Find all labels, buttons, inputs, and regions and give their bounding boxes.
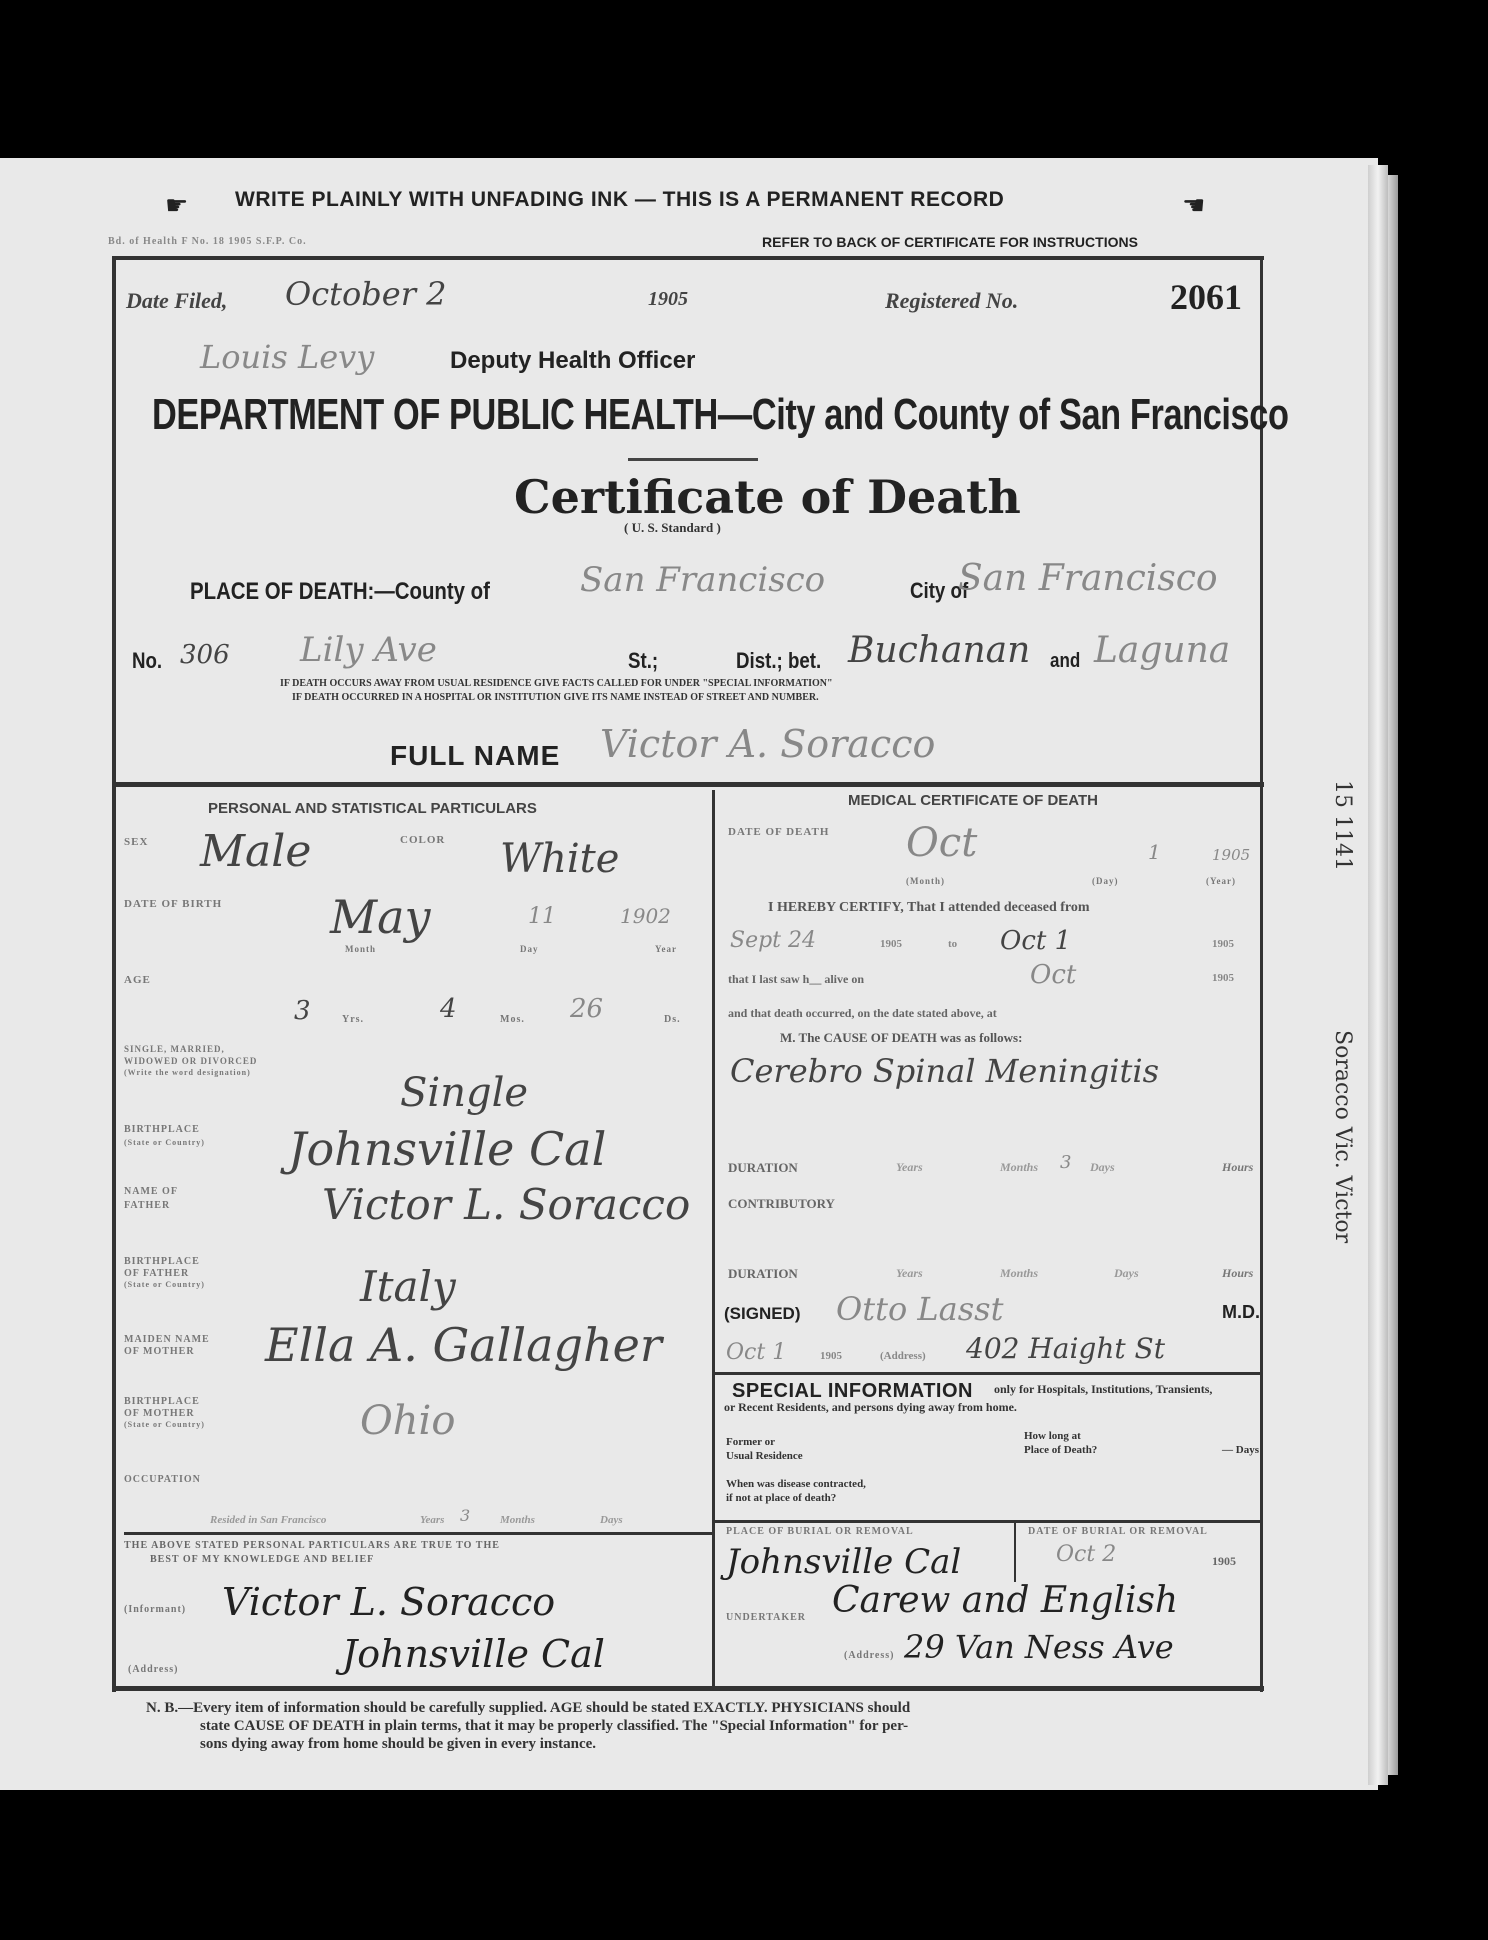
burial-place: Johnsville Cal bbox=[726, 1542, 961, 1582]
physician-signature: Otto Lasst bbox=[836, 1290, 1003, 1328]
dob-month: May bbox=[330, 890, 431, 944]
duration-2-label: DURATION bbox=[728, 1266, 798, 1282]
undertaker-address-label: (Address) bbox=[844, 1650, 894, 1661]
residence-label-2: Usual Residence bbox=[726, 1450, 803, 1462]
mother-value: Ella A. Gallagher bbox=[265, 1318, 662, 1372]
marital-label-2: WIDOWED OR DIVORCED bbox=[124, 1056, 257, 1066]
mother-bp-label-3: (State or Country) bbox=[124, 1420, 205, 1429]
marital-value: Single bbox=[400, 1070, 528, 1116]
department-title: DEPARTMENT OF PUBLIC HEALTH—City and Cou… bbox=[152, 390, 1289, 440]
mother-bp-label-1: BIRTHPLACE bbox=[124, 1396, 200, 1407]
dob-year: 1902 bbox=[620, 904, 671, 928]
how-long-days-label: — Days bbox=[1222, 1444, 1259, 1456]
burial-column-divider bbox=[1014, 1522, 1016, 1582]
special-heading-note: only for Hospitals, Institutions, Transi… bbox=[994, 1382, 1212, 1397]
undertaker-address: 29 Van Ness Ave bbox=[904, 1628, 1174, 1666]
dob-day-label: Day bbox=[520, 944, 539, 954]
duration-2-years-label: Years bbox=[896, 1266, 923, 1281]
contracted-label-1: When was disease contracted, bbox=[726, 1478, 866, 1490]
duration-hours-label: Hours bbox=[1222, 1160, 1253, 1175]
age-label: AGE bbox=[124, 974, 151, 986]
signed-year: 1905 bbox=[820, 1350, 842, 1362]
occurred-text: and that death occurred, on the date sta… bbox=[728, 1006, 997, 1021]
how-long-label-1: How long at bbox=[1024, 1430, 1081, 1442]
title-divider bbox=[628, 458, 758, 461]
margin-number: 15 1141 bbox=[1330, 780, 1355, 871]
contracted-label-2: if not at place of death? bbox=[726, 1492, 836, 1504]
form-left-rule bbox=[112, 256, 116, 1692]
sex-value: Male bbox=[200, 826, 311, 877]
street-value: Lily Ave bbox=[300, 630, 437, 670]
age-years-label: Yrs. bbox=[342, 1014, 364, 1025]
officer-title: Deputy Health Officer bbox=[450, 347, 695, 375]
color-value: White bbox=[500, 836, 619, 882]
standard-subtitle: ( U. S. Standard ) bbox=[624, 520, 721, 536]
between-street-1: Buchanan bbox=[848, 630, 1030, 671]
informant-address-value: Johnsville Cal bbox=[342, 1632, 605, 1676]
printer-line: Bd. of Health F No. 18 1905 S.F.P. Co. bbox=[108, 236, 307, 247]
city-value: San Francisco bbox=[958, 558, 1218, 599]
md-label: M.D. bbox=[1222, 1302, 1260, 1323]
form-bottom-rule bbox=[112, 1686, 1264, 1691]
last-saw-label: that I last saw h__ alive on bbox=[728, 972, 864, 987]
resided-years: 3 bbox=[460, 1506, 470, 1525]
duration-2-hours-label: Hours bbox=[1222, 1266, 1253, 1281]
informant-label: (Informant) bbox=[124, 1604, 186, 1615]
duration-days-label: Days bbox=[1090, 1160, 1115, 1175]
street-number-value: 306 bbox=[180, 640, 230, 670]
form-right-rule bbox=[1260, 256, 1263, 1692]
attended-to-label: to bbox=[948, 938, 957, 950]
certify-text: I HEREBY CERTIFY, That I attended deceas… bbox=[768, 900, 1090, 916]
how-long-label-2: Place of Death? bbox=[1024, 1444, 1097, 1456]
duration-2-days-label: Days bbox=[1114, 1266, 1139, 1281]
dod-day-label: (Day) bbox=[1092, 876, 1119, 886]
registered-label: Registered No. bbox=[885, 288, 1018, 314]
date-filed-label: Date Filed, bbox=[126, 288, 227, 314]
contributory-label: CONTRIBUTORY bbox=[728, 1196, 835, 1212]
dob-year-label: Year bbox=[655, 944, 677, 954]
duration-label: DURATION bbox=[728, 1160, 798, 1176]
attended-to-year: 1905 bbox=[1212, 938, 1234, 950]
officer-signature: Louis Levy bbox=[200, 338, 374, 376]
physician-address: 402 Haight St bbox=[966, 1332, 1165, 1365]
dob-day: 11 bbox=[528, 904, 556, 929]
instructions-note: REFER TO BACK OF CERTIFICATE FOR INSTRUC… bbox=[762, 234, 1138, 250]
margin-name: Soracco Vic. Victor bbox=[1330, 1030, 1355, 1243]
special-heading-note-2: or Recent Residents, and persons dying a… bbox=[724, 1400, 1017, 1415]
section-divider bbox=[112, 782, 1264, 787]
dod-month-label: (Month) bbox=[906, 876, 945, 886]
district-label: Dist.; bet. bbox=[736, 648, 821, 674]
age-days-label: Ds. bbox=[664, 1014, 681, 1025]
special-divider bbox=[714, 1372, 1262, 1375]
residence-note-2: IF DEATH OCCURRED IN A HOSPITAL OR INSTI… bbox=[292, 692, 819, 703]
certificate-title: Certificate of Death bbox=[514, 470, 1021, 524]
burial-divider bbox=[714, 1520, 1262, 1523]
banner-text: WRITE PLAINLY WITH UNFADING INK — THIS I… bbox=[235, 188, 1004, 212]
attest-line-1: THE ABOVE STATED PERSONAL PARTICULARS AR… bbox=[124, 1540, 500, 1551]
birthplace-value: Johnsville Cal bbox=[288, 1122, 606, 1176]
registered-number: 2061 bbox=[1170, 276, 1242, 318]
birthplace-label-2: (State or Country) bbox=[124, 1138, 205, 1147]
full-name-value: Victor A. Soracco bbox=[600, 722, 935, 766]
dod-day: 1 bbox=[1148, 840, 1161, 864]
resided-label: Resided in San Francisco bbox=[210, 1514, 326, 1526]
last-saw-value: Oct bbox=[1030, 960, 1076, 990]
dod-month: Oct bbox=[906, 820, 977, 866]
residence-note-1: IF DEATH OCCURS AWAY FROM USUAL RESIDENC… bbox=[280, 678, 833, 689]
signed-label: (SIGNED) bbox=[724, 1304, 801, 1324]
burial-date-label: DATE OF BURIAL OR REMOVAL bbox=[1028, 1526, 1208, 1537]
attended-to: Oct 1 bbox=[1000, 926, 1071, 956]
duration-years-label: Years bbox=[896, 1160, 923, 1175]
cause-label: M. The CAUSE OF DEATH was as follows: bbox=[780, 1030, 1022, 1046]
age-days: 26 bbox=[570, 994, 603, 1024]
informant-value: Victor L. Soracco bbox=[222, 1580, 555, 1624]
color-label: COLOR bbox=[400, 834, 445, 846]
physician-address-label: (Address) bbox=[880, 1350, 926, 1362]
sex-label: SEX bbox=[124, 836, 148, 848]
attest-line-2: BEST OF MY KNOWLEDGE AND BELIEF bbox=[150, 1554, 374, 1565]
age-years: 3 bbox=[294, 996, 311, 1026]
burial-date: Oct 2 bbox=[1056, 1542, 1116, 1567]
banner-right-hand-icon: ☛ bbox=[1182, 190, 1205, 221]
marital-label-1: SINGLE, MARRIED, bbox=[124, 1044, 225, 1054]
resided-days-label: Days bbox=[600, 1514, 623, 1526]
age-months: 4 bbox=[440, 994, 457, 1024]
county-value: San Francisco bbox=[580, 560, 825, 600]
dob-label: DATE OF BIRTH bbox=[124, 898, 222, 910]
father-birthplace-value: Italy bbox=[360, 1262, 456, 1311]
undertaker-label: UNDERTAKER bbox=[726, 1612, 806, 1623]
burial-year: 1905 bbox=[1212, 1554, 1236, 1569]
signed-date: Oct 1 bbox=[726, 1340, 786, 1365]
mother-bp-label-2: OF MOTHER bbox=[124, 1408, 195, 1419]
dod-label: DATE OF DEATH bbox=[728, 826, 829, 838]
undertaker-value: Carew and English bbox=[832, 1580, 1178, 1621]
mother-birthplace-value: Ohio bbox=[360, 1398, 455, 1444]
duration-months: 3 bbox=[1060, 1152, 1071, 1173]
dob-month-label: Month bbox=[345, 944, 376, 954]
mother-label-1: MAIDEN NAME bbox=[124, 1334, 210, 1345]
column-divider bbox=[712, 790, 715, 1688]
informant-address-label: (Address) bbox=[128, 1664, 178, 1675]
and-label: and bbox=[1050, 650, 1080, 673]
age-months-label: Mos. bbox=[500, 1014, 525, 1025]
duration-months-label: Months bbox=[1000, 1160, 1038, 1175]
filing-year: 1905 bbox=[648, 288, 688, 311]
footer-note-1: N. B.—Every item of information should b… bbox=[146, 1700, 910, 1717]
place-of-death-label: PLACE OF DEATH:—County of bbox=[190, 578, 490, 606]
resided-months-label: Months bbox=[500, 1514, 535, 1526]
page-stack-edge bbox=[1388, 175, 1398, 1775]
mother-label-2: OF MOTHER bbox=[124, 1346, 195, 1357]
duration-2-months-label: Months bbox=[1000, 1266, 1038, 1281]
banner-left-hand-icon: ☛ bbox=[165, 190, 188, 221]
burial-place-label: PLACE OF BURIAL OR REMOVAL bbox=[726, 1526, 914, 1537]
personal-heading: PERSONAL AND STATISTICAL PARTICULARS bbox=[208, 800, 537, 817]
marital-label-3: (Write the word designation) bbox=[124, 1068, 251, 1077]
father-label-1: NAME OF bbox=[124, 1186, 178, 1197]
cause-of-death: Cerebro Spinal Meningitis bbox=[730, 1052, 1159, 1090]
footer-note-3: sons dying away from home should be give… bbox=[200, 1736, 596, 1753]
dod-year-label: (Year) bbox=[1206, 876, 1236, 886]
medical-heading: MEDICAL CERTIFICATE OF DEATH bbox=[848, 792, 1098, 809]
street-number-label: No. bbox=[132, 648, 162, 674]
between-street-2: Laguna bbox=[1094, 630, 1230, 671]
page-edge bbox=[1368, 165, 1388, 1785]
footer-note-2: state CAUSE OF DEATH in plain terms, tha… bbox=[200, 1718, 908, 1735]
full-name-label: FULL NAME bbox=[390, 740, 560, 772]
attended-from: Sept 24 bbox=[730, 928, 816, 953]
birthplace-label-1: BIRTHPLACE bbox=[124, 1124, 200, 1135]
residence-label-1: Former or bbox=[726, 1436, 775, 1448]
father-value: Victor L. Soracco bbox=[322, 1180, 690, 1229]
resided-years-label: Years bbox=[420, 1514, 444, 1526]
last-saw-year: 1905 bbox=[1212, 972, 1234, 984]
father-bp-label-1: BIRTHPLACE bbox=[124, 1256, 200, 1267]
occupation-label: OCCUPATION bbox=[124, 1474, 201, 1485]
attest-divider bbox=[124, 1532, 712, 1535]
dod-year: 1905 bbox=[1212, 846, 1250, 864]
attended-from-year: 1905 bbox=[880, 938, 902, 950]
form-top-rule bbox=[112, 256, 1264, 260]
father-bp-label-3: (State or Country) bbox=[124, 1280, 205, 1289]
st-label: St.; bbox=[628, 648, 658, 674]
margin-annotation: 15 1141 Soracco Vic. Victor bbox=[1330, 780, 1370, 1350]
father-label-2: FATHER bbox=[124, 1200, 170, 1211]
date-filed-value: October 2 bbox=[285, 275, 447, 313]
father-bp-label-2: OF FATHER bbox=[124, 1268, 189, 1279]
